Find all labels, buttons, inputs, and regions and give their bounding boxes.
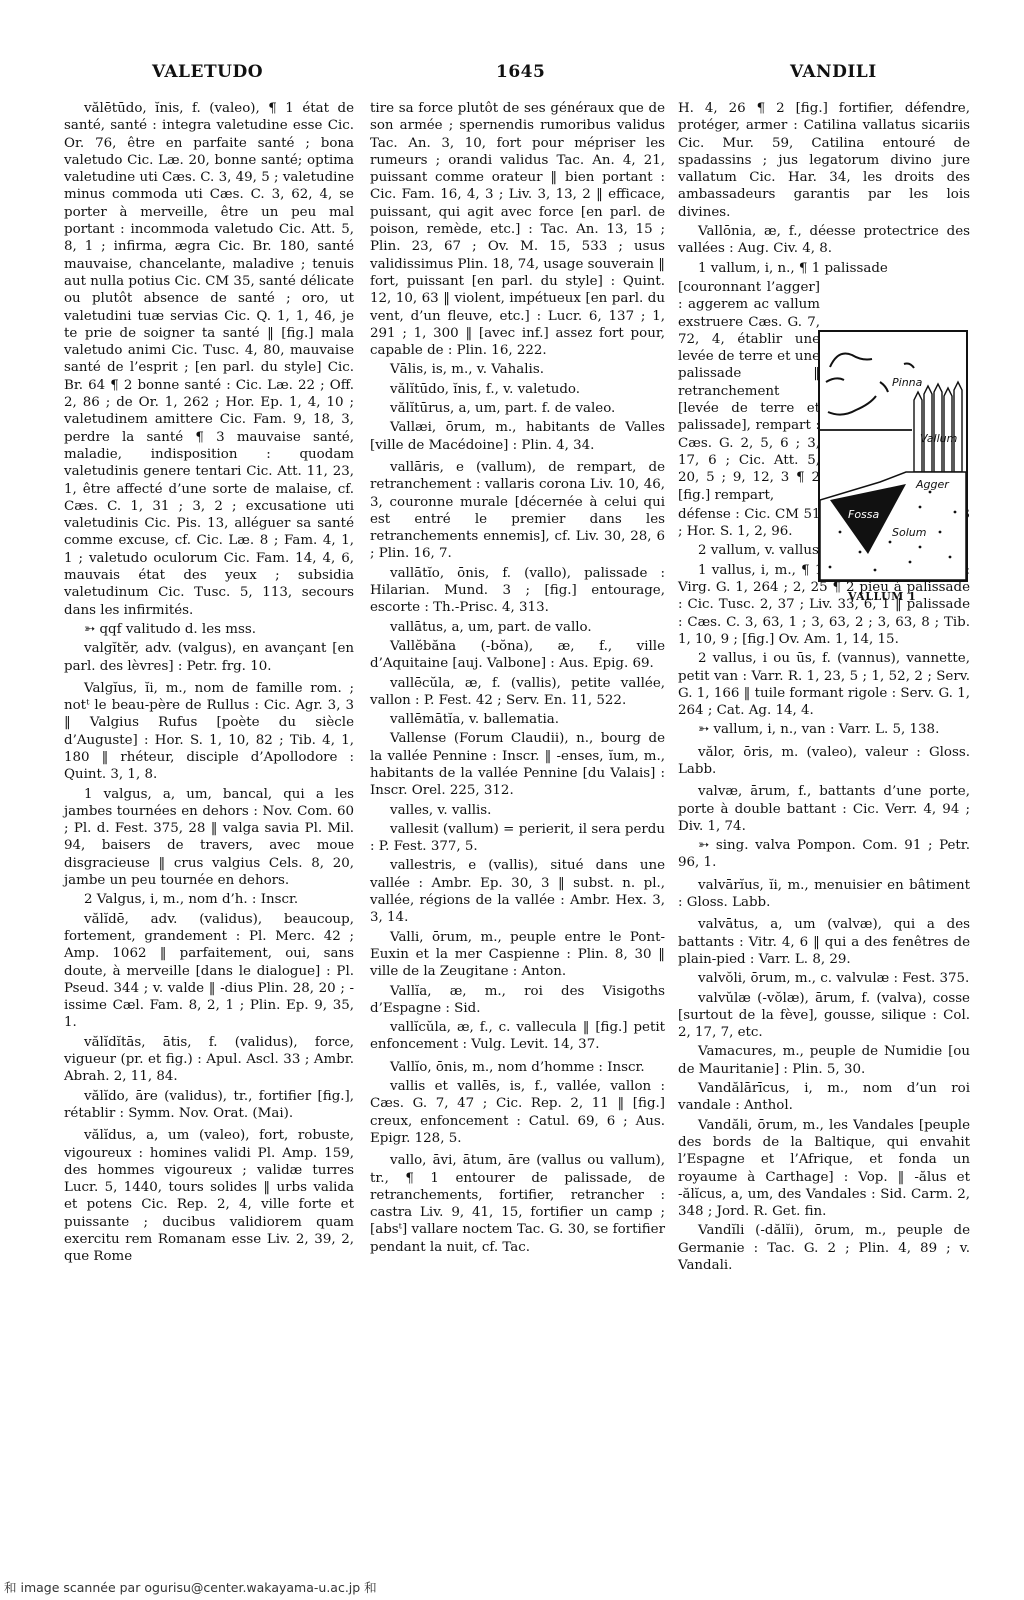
dictionary-entry: 2 vallus, i ou ūs, f. (vannus), vannette… bbox=[678, 650, 970, 719]
vallum-diagram-icon: Pinna Vallum Agger Fossa Solum bbox=[820, 332, 966, 580]
dictionary-entry: Vallæi, ōrum, m., habitants de Valles [v… bbox=[370, 419, 665, 454]
dictionary-entry: Vandălārīcus, i, m., nom d’un roi vandal… bbox=[678, 1080, 970, 1115]
dictionary-entry: Vallĕbăna (-bŏna), æ, f., ville d’Aquita… bbox=[370, 638, 665, 673]
dictionary-entry: Valli, ōrum, m., peuple entre le Pont-Eu… bbox=[370, 929, 665, 981]
dictionary-entry-continued: H. 4, 26 ¶ 2 [fig.] fortifier, défendre,… bbox=[678, 100, 970, 221]
dictionary-entry: Vandăli, ōrum, m., les Vandales [peuple … bbox=[678, 1117, 970, 1221]
dictionary-entry: Vandĭli (-dălĭi), ōrum, m., peuple de Ge… bbox=[678, 1222, 970, 1274]
dictionary-entry: Vallōnia, æ, f., déesse protectrice des … bbox=[678, 223, 970, 258]
dictionary-entry: valvŭlæ (-vŏlæ), ārum, f. (valva), cosse… bbox=[678, 990, 970, 1042]
dictionary-entry: vallātus, a, um, part. de vallo. bbox=[370, 619, 665, 636]
dictionary-entry: vallēmātĭa, v. ballematia. bbox=[370, 711, 665, 728]
dictionary-entry: valvæ, ārum, f., battants d’une porte, p… bbox=[678, 783, 970, 835]
column-3: H. 4, 26 ¶ 2 [fig.] fortifier, défendre,… bbox=[678, 100, 970, 1276]
dictionary-entry: 2 Valgus, i, m., nom d’h. : Inscr. bbox=[64, 891, 354, 908]
dictionary-entry: vălĭtūrus, a, um, part. f. de valeo. bbox=[370, 400, 665, 417]
figure-caption: VALLUM 1 bbox=[848, 590, 916, 603]
svg-text:Vallum: Vallum bbox=[920, 432, 957, 445]
dictionary-entry: vălĭdĭtās, ātis, f. (validus), force, vi… bbox=[64, 1034, 354, 1086]
svg-text:Agger: Agger bbox=[915, 478, 950, 491]
dictionary-entry: valvārĭus, ĭi, m., menuisier en bâtiment… bbox=[678, 877, 970, 912]
page-number: 1645 bbox=[496, 62, 545, 82]
dictionary-entry: valgĭtĕr, adv. (valgus), en avançant [en… bbox=[64, 640, 354, 675]
dictionary-entry: vallēcŭla, æ, f. (vallis), petite vallée… bbox=[370, 675, 665, 710]
dictionary-entry: vallāris, e (vallum), de rempart, de ret… bbox=[370, 459, 665, 563]
dictionary-entry: Vallense (Forum Claudii), n., bourg de l… bbox=[370, 730, 665, 799]
dictionary-entry: vălĭdus, a, um (valeo), fort, robuste, v… bbox=[64, 1127, 354, 1265]
dictionary-entry: Vallĭa, æ, m., roi des Visigoths d’Espag… bbox=[370, 983, 665, 1018]
dictionary-entry: vallis et vallēs, is, f., vallée, vallon… bbox=[370, 1078, 665, 1147]
running-head-right: VANDILI bbox=[790, 62, 877, 82]
dictionary-entry: valles, v. vallis. bbox=[370, 802, 665, 819]
dictionary-entry: 1 valgus, a, um, bancal, qui a les jambe… bbox=[64, 786, 354, 890]
dictionary-entry: Vamacures, m., peuple de Numidie [ou de … bbox=[678, 1043, 970, 1078]
dictionary-note: ➳ sing. valva Pompon. Com. 91 ; Petr. 96… bbox=[678, 837, 970, 872]
dictionary-entry: vallesit (vallum) = perierit, il sera pe… bbox=[370, 821, 665, 856]
dictionary-note: ➳ qqf valitudo d. les mss. bbox=[64, 621, 354, 638]
svg-text:Solum: Solum bbox=[892, 526, 926, 539]
svg-text:Fossa: Fossa bbox=[848, 508, 880, 521]
running-head-left: VALETUDO bbox=[152, 62, 263, 82]
column-2: tire sa force plutôt de ses généraux que… bbox=[370, 100, 665, 1258]
column-1: vălētūdo, ĭnis, f. (valeo), ¶ 1 état de … bbox=[64, 100, 354, 1268]
dictionary-entry: vălor, ōris, m. (valeo), valeur : Gloss.… bbox=[678, 744, 970, 779]
dictionary-entry: vălĭtūdo, ĭnis, f., v. valetudo. bbox=[370, 381, 665, 398]
dictionary-entry: vallātĭo, ōnis, f. (vallo), palissade : … bbox=[370, 565, 665, 617]
dictionary-entry: valvŏli, ōrum, m., c. valvulæ : Fest. 37… bbox=[678, 970, 970, 987]
svg-text:Pinna: Pinna bbox=[892, 376, 923, 389]
dictionary-entry: vallĭcŭla, æ, f., c. vallecula ‖ [fig.] … bbox=[370, 1019, 665, 1054]
dictionary-entry: vallestris, e (vallis), situé dans une v… bbox=[370, 857, 665, 926]
scan-credit-footer: 和 image scannée par ogurisu@center.wakay… bbox=[4, 1578, 377, 1596]
dictionary-entry: Vālis, is, m., v. Vahalis. bbox=[370, 361, 665, 378]
dictionary-entry: vălētūdo, ĭnis, f. (valeo), ¶ 1 état de … bbox=[64, 100, 354, 619]
dictionary-entry: valvātus, a, um (valvæ), qui a des batta… bbox=[678, 916, 970, 968]
dictionary-entry-continued: tire sa force plutôt de ses généraux que… bbox=[370, 100, 665, 359]
dictionary-note: ➳ vallum, i, n., van : Varr. L. 5, 138. bbox=[678, 721, 970, 738]
vallum-illustration: Pinna Vallum Agger Fossa Solum bbox=[818, 330, 968, 582]
dictionary-entry: 1 vallum, i, n., ¶ 1 palissade bbox=[678, 260, 970, 277]
dictionary-entry-wrapped: [couronnant l’agger] : aggerem ac vallum… bbox=[678, 279, 820, 504]
dictionary-entry: Vallĭo, ōnis, m., nom d’homme : Inscr. bbox=[370, 1059, 665, 1076]
dictionary-entry: vallo, āvi, ātum, āre (vallus ou vallum)… bbox=[370, 1152, 665, 1256]
dictionary-entry: Valgĭus, ĭi, m., nom de famille rom. ; n… bbox=[64, 680, 354, 784]
dictionary-entry: vălĭdo, āre (validus), tr., fortifier [f… bbox=[64, 1088, 354, 1123]
dictionary-entry: vălĭdē, adv. (validus), beaucoup, fortem… bbox=[64, 911, 354, 1032]
